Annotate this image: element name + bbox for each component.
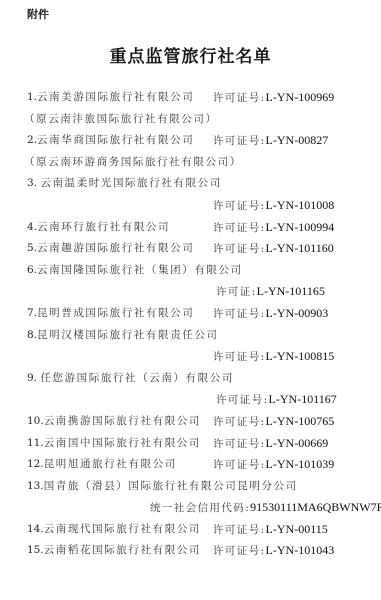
agency-name: 9. 任您游国际旅行社（云南）有限公司 [27,368,234,390]
former-name-line: （原云南环游商务国际旅行社有限公司） [0,152,381,174]
list-item: 12.昆明旭通旅行社有限公司 许可证号:L-YN-101039 [0,454,381,476]
agency-name: 14.云南现代国际旅行社有限公司 [27,519,201,541]
list-item: 7.昆明普成国际旅行社有限公司 许可证号:L-YN-00903 [0,303,381,325]
list-item: 5.云南趣游国际旅行社有限公司 许可证号:L-YN-101160 [0,238,381,260]
license-number: 许可证号:L-YN-101160 [213,238,334,261]
annex-label: 附件 [27,6,49,22]
agency-name: 1.云南美游国际旅行社有限公司 [27,87,194,109]
list-item: 3. 云南温柔时光国际旅行社有限公司 [0,173,381,195]
agency-list: 1.云南美游国际旅行社有限公司 许可证号:L-YN-100969 （原云南沣旅国… [0,87,381,562]
former-name: （原云南环游商务国际旅行社有限公司） [24,152,242,174]
list-item: 15.云南稻花国际旅行社有限公司 许可证号:L-YN-101043 [0,540,381,562]
document-title: 重点监管旅行社名单 [0,42,381,67]
list-item: 4.云南环行旅行社有限公司 许可证号:L-YN-100994 [0,217,381,239]
former-name: （原云南沣旅国际旅行社有限公司） [24,109,218,131]
license-number: 许可证:L-YN-101165 [216,281,325,304]
agency-name: 12.昆明旭通旅行社有限公司 [27,454,177,476]
former-name-line: （原云南沣旅国际旅行社有限公司） [0,109,381,131]
list-item: 8.昆明汉楼国际旅行社有限责任公司 [0,325,381,347]
agency-name: 2.云南华商国际旅行社有限公司 [27,130,194,152]
agency-name: 4.云南环行旅行社有限公司 [27,217,170,239]
license-number: 许可证号:L-YN-100969 [213,87,334,110]
license-number: 许可证号:L-YN-101039 [213,454,334,477]
license-line: 许可证号:L-YN-101008 [0,195,381,217]
agency-name: 3. 云南温柔时光国际旅行社有限公司 [27,173,222,195]
agency-name: 8.昆明汉楼国际旅行社有限责任公司 [27,325,219,347]
agency-name: 15.云南稻花国际旅行社有限公司 [27,540,201,562]
license-number: 许可证号:L-YN-101043 [213,540,334,563]
list-item: 11.云南国中国际旅行社有限公司 许可证号:L-YN-00669 [0,433,381,455]
license-line: 许可证号:L-YN-100815 [0,346,381,368]
license-number: 许可证号:L-YN-00827 [213,130,328,153]
agency-name: 7.昆明普成国际旅行社有限公司 [27,303,194,325]
agency-name: 11.云南国中国际旅行社有限公司 [27,433,201,455]
license-number: 许可证号:L-YN-00669 [213,433,328,456]
license-number: 许可证号:L-YN-100994 [213,217,334,240]
list-item: 13.国青旅（滑县）国际旅行社有限公司昆明分公司 [0,476,381,498]
agency-name: 5.云南趣游国际旅行社有限公司 [27,238,194,260]
credit-code-line: 统一社会信用代码:91530111MA6QBWNW7R [0,497,381,519]
list-item: 1.云南美游国际旅行社有限公司 许可证号:L-YN-100969 [0,87,381,109]
license-number: 许可证号:L-YN-101167 [216,389,337,412]
license-number: 许可证号:L-YN-100815 [213,346,334,369]
list-item: 14.云南现代国际旅行社有限公司 许可证号:L-YN-00115 [0,519,381,541]
license-number: 许可证号:L-YN-101008 [213,195,334,218]
license-number: 许可证号:L-YN-00115 [213,519,328,542]
agency-name: 10.云南携游国际旅行社有限公司 [27,411,201,433]
list-item: 9. 任您游国际旅行社（云南）有限公司 [0,368,381,390]
credit-code: 统一社会信用代码:91530111MA6QBWNW7R [150,497,381,520]
list-item: 10.云南携游国际旅行社有限公司 许可证号:L-YN-100765 [0,411,381,433]
license-number: 许可证号:L-YN-100765 [213,411,334,434]
list-item: 6.云南国隆国际旅行社（集团）有限公司 [0,260,381,282]
list-item: 2.云南华商国际旅行社有限公司 许可证号:L-YN-00827 [0,130,381,152]
agency-name: 13.国青旅（滑县）国际旅行社有限公司昆明分公司 [27,476,298,498]
license-line: 许可证:L-YN-101165 [0,281,381,303]
license-line: 许可证号:L-YN-101167 [0,389,381,411]
agency-name: 6.云南国隆国际旅行社（集团）有限公司 [27,260,243,282]
license-number: 许可证号:L-YN-00903 [213,303,328,326]
